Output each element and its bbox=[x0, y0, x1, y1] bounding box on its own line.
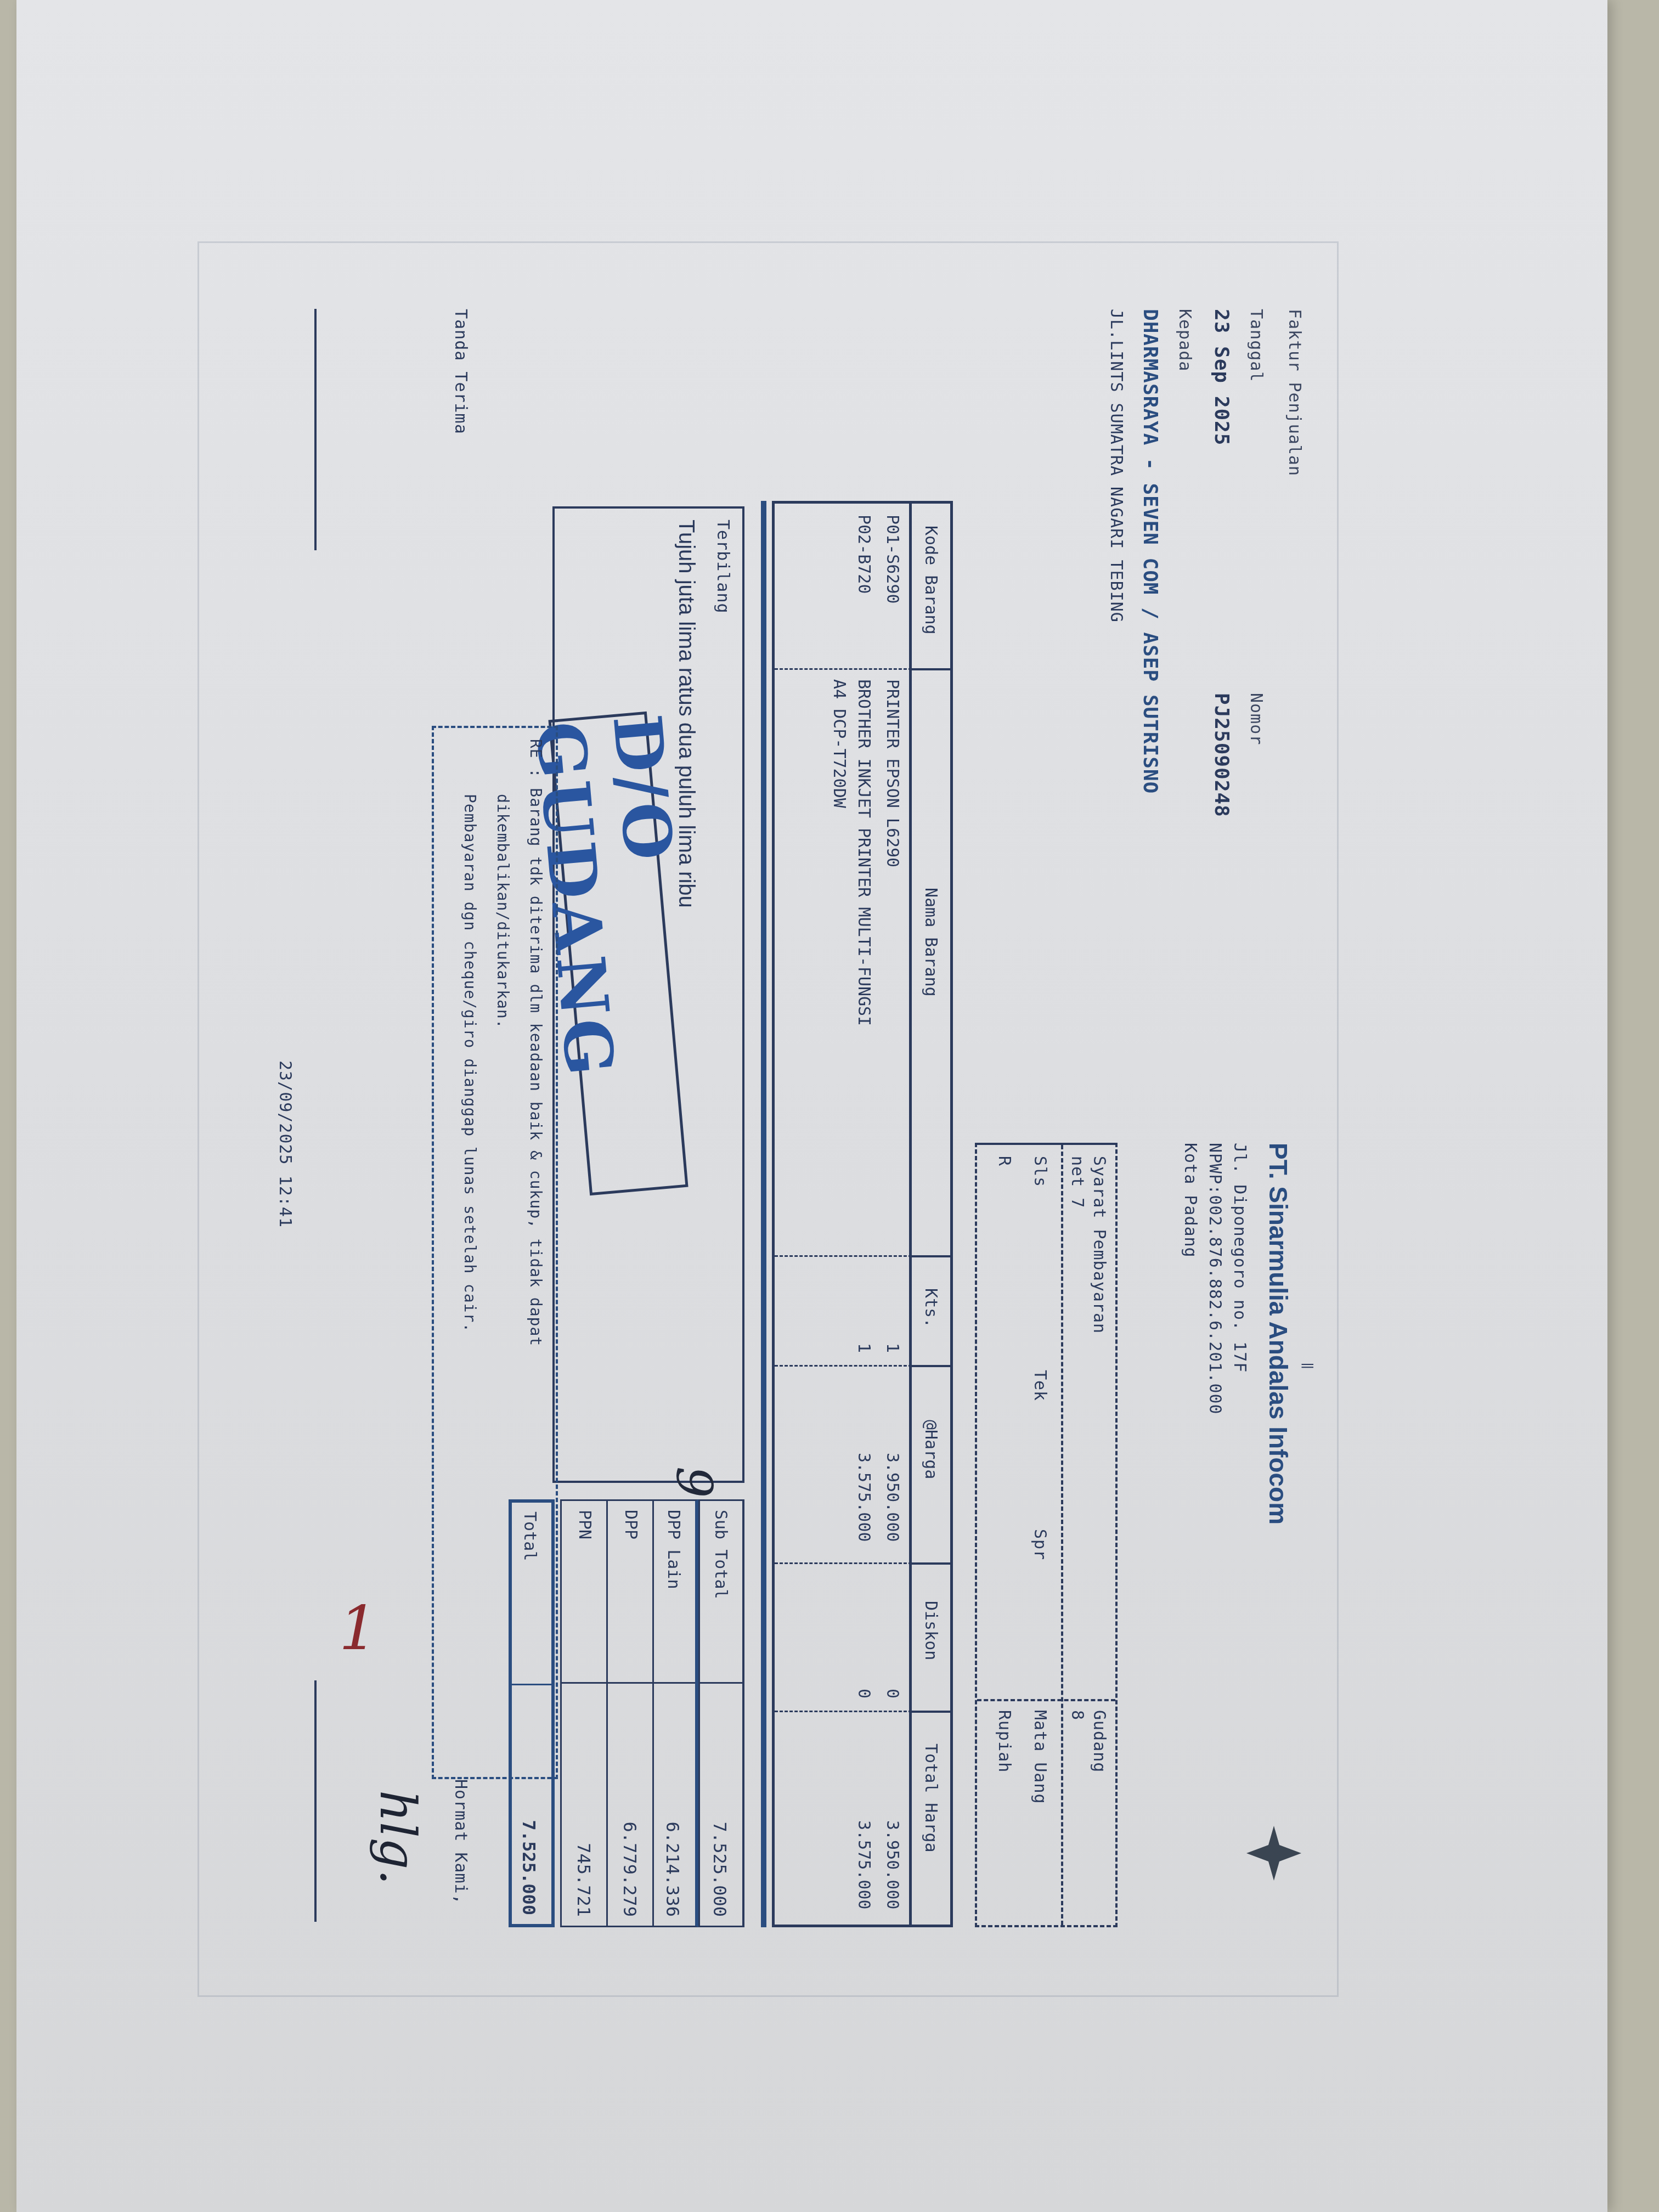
sales-invoice: Faktur Penjualan Tanggal Nomor 23 Sep 20… bbox=[198, 241, 1339, 1997]
row-total: 3.575.000 bbox=[854, 1820, 873, 1910]
tanggal-label: Tanggal bbox=[1246, 309, 1266, 382]
sls-label: Sls bbox=[1030, 1156, 1049, 1187]
total-value: 745.721 bbox=[573, 1843, 594, 1917]
spr-label: Spr bbox=[1030, 1529, 1049, 1560]
total-value: 7.525.000 bbox=[518, 1820, 539, 1915]
header-kode-barang: Kode Barang bbox=[921, 526, 940, 635]
total-value: 6.779.279 bbox=[619, 1822, 640, 1917]
row-diskon: 0 bbox=[883, 1689, 902, 1699]
row-harga: 3.950.000 bbox=[883, 1453, 902, 1542]
mata-uang-label: Mata Uang bbox=[1030, 1710, 1049, 1804]
syarat-value: net 7 bbox=[1068, 1156, 1087, 1208]
total-label: DPP bbox=[621, 1510, 640, 1539]
total-label: PPN bbox=[575, 1510, 594, 1539]
payment-terms-box: Syarat Pembayaran net 7 Gudang 8 Sls Tek… bbox=[975, 1143, 1118, 1927]
invoice-number: PJ25090248 bbox=[1210, 693, 1233, 817]
gudang-value: 8 bbox=[1068, 1710, 1087, 1720]
note-line-1: RE : Barang tdk diterima dlm keadaan bai… bbox=[527, 739, 545, 1346]
company-address: Jl. Diponegoro no. 17F bbox=[1230, 1143, 1249, 1373]
items-table: Kode Barang Nama Barang Kts. @Harga Disk… bbox=[772, 501, 953, 1927]
total-label: Sub Total bbox=[711, 1510, 730, 1599]
row-nama: PRINTER EPSON L6290 bbox=[883, 679, 902, 867]
tanda-terima-signature-line bbox=[314, 309, 317, 550]
row-kts: 1 bbox=[883, 1343, 902, 1353]
signature: hlg. bbox=[369, 1790, 426, 1885]
header-nama-barang: Nama Barang bbox=[921, 888, 940, 997]
mata-uang-value: Rupiah bbox=[995, 1710, 1014, 1773]
tanda-terima-label: Tanda Terima bbox=[451, 309, 470, 435]
row-harga: 3.575.000 bbox=[854, 1453, 873, 1542]
printed-timestamp: 23/09/2025 12:41 bbox=[275, 1060, 295, 1228]
note-line-3: Pembayaran dgn cheque/giro dianggap luna… bbox=[461, 794, 479, 1333]
row-nama-line2: A4 DCP-T720DW bbox=[830, 679, 849, 808]
header-harga: @Harga bbox=[921, 1420, 940, 1479]
row-nama: BROTHER INKJET PRINTER MULTI-FUNGSI bbox=[854, 679, 873, 1026]
invoice-area: Faktur Penjualan Tanggal Nomor 23 Sep 20… bbox=[198, 241, 1339, 1997]
customer-name: DHARMASRAYA - SEVEN COM / ASEP SUTRISNO bbox=[1139, 309, 1161, 794]
total-row-ppn: PPN 745.721 bbox=[560, 1499, 606, 1927]
nomor-label: Nomor bbox=[1246, 693, 1266, 745]
total-value: 7.525.000 bbox=[709, 1822, 730, 1917]
kepada-label: Kepada bbox=[1175, 309, 1194, 371]
syarat-label: Syarat Pembayaran bbox=[1090, 1156, 1109, 1334]
row-kts: 1 bbox=[854, 1343, 873, 1353]
company-name: PT. Sinarmulia Andalas Infocom bbox=[1263, 1143, 1293, 1525]
document-title: Faktur Penjualan bbox=[1285, 309, 1304, 476]
hormat-kami-signature-line bbox=[314, 1680, 317, 1922]
handwritten-mark: 9 bbox=[665, 1466, 723, 1498]
gudang-label: Gudang bbox=[1090, 1710, 1109, 1773]
header-kts: Kts. bbox=[921, 1288, 940, 1328]
total-row-dpp: DPP 6.779.279 bbox=[606, 1499, 652, 1927]
tek-label: Tek bbox=[1030, 1370, 1049, 1401]
customer-address: JL.LINTS SUMATRA NAGARI TEBING bbox=[1107, 309, 1126, 623]
items-table-header: Kode Barang Nama Barang Kts. @Harga Disk… bbox=[909, 504, 950, 1925]
row-kode: P01-S6290 bbox=[883, 515, 902, 604]
row-total: 3.950.000 bbox=[883, 1820, 902, 1910]
hormat-kami-label: Hormat Kami, bbox=[451, 1779, 470, 1905]
handwritten-red-mark: 1 bbox=[339, 1593, 377, 1663]
total-label: DPP Lain bbox=[664, 1510, 683, 1589]
row-kode: P02-B720 bbox=[854, 515, 873, 594]
company-logo-icon bbox=[1244, 1823, 1304, 1883]
total-row-subtotal: Sub Total 7.525.000 bbox=[698, 1499, 744, 1927]
total-row-dpp-lain: DPP Lain 6.214.336 bbox=[652, 1499, 698, 1927]
table-bottom-bar bbox=[761, 501, 766, 1927]
total-value: 6.214.336 bbox=[662, 1822, 683, 1917]
row-diskon: 0 bbox=[854, 1689, 873, 1699]
header-diskon: Diskon bbox=[921, 1601, 940, 1660]
note-line-2: dikembalikan/ditukarkan. bbox=[494, 794, 512, 1029]
invoice-date: 23 Sep 2025 bbox=[1210, 309, 1233, 445]
r-label: R bbox=[995, 1156, 1014, 1166]
terms-note-box: RE : Barang tdk diterima dlm keadaan bai… bbox=[432, 726, 558, 1779]
company-npwp: NPWP:002.876.882.6.201.000 bbox=[1205, 1143, 1224, 1415]
company-mark-icon: ‖ bbox=[1301, 1362, 1315, 1370]
terbilang-label: Terbilang bbox=[713, 520, 732, 614]
company-city: Kota Padang bbox=[1181, 1143, 1200, 1258]
do-gudang-stamp: D/O GUDANG bbox=[548, 712, 688, 1195]
header-total-harga: Total Harga bbox=[921, 1743, 940, 1853]
